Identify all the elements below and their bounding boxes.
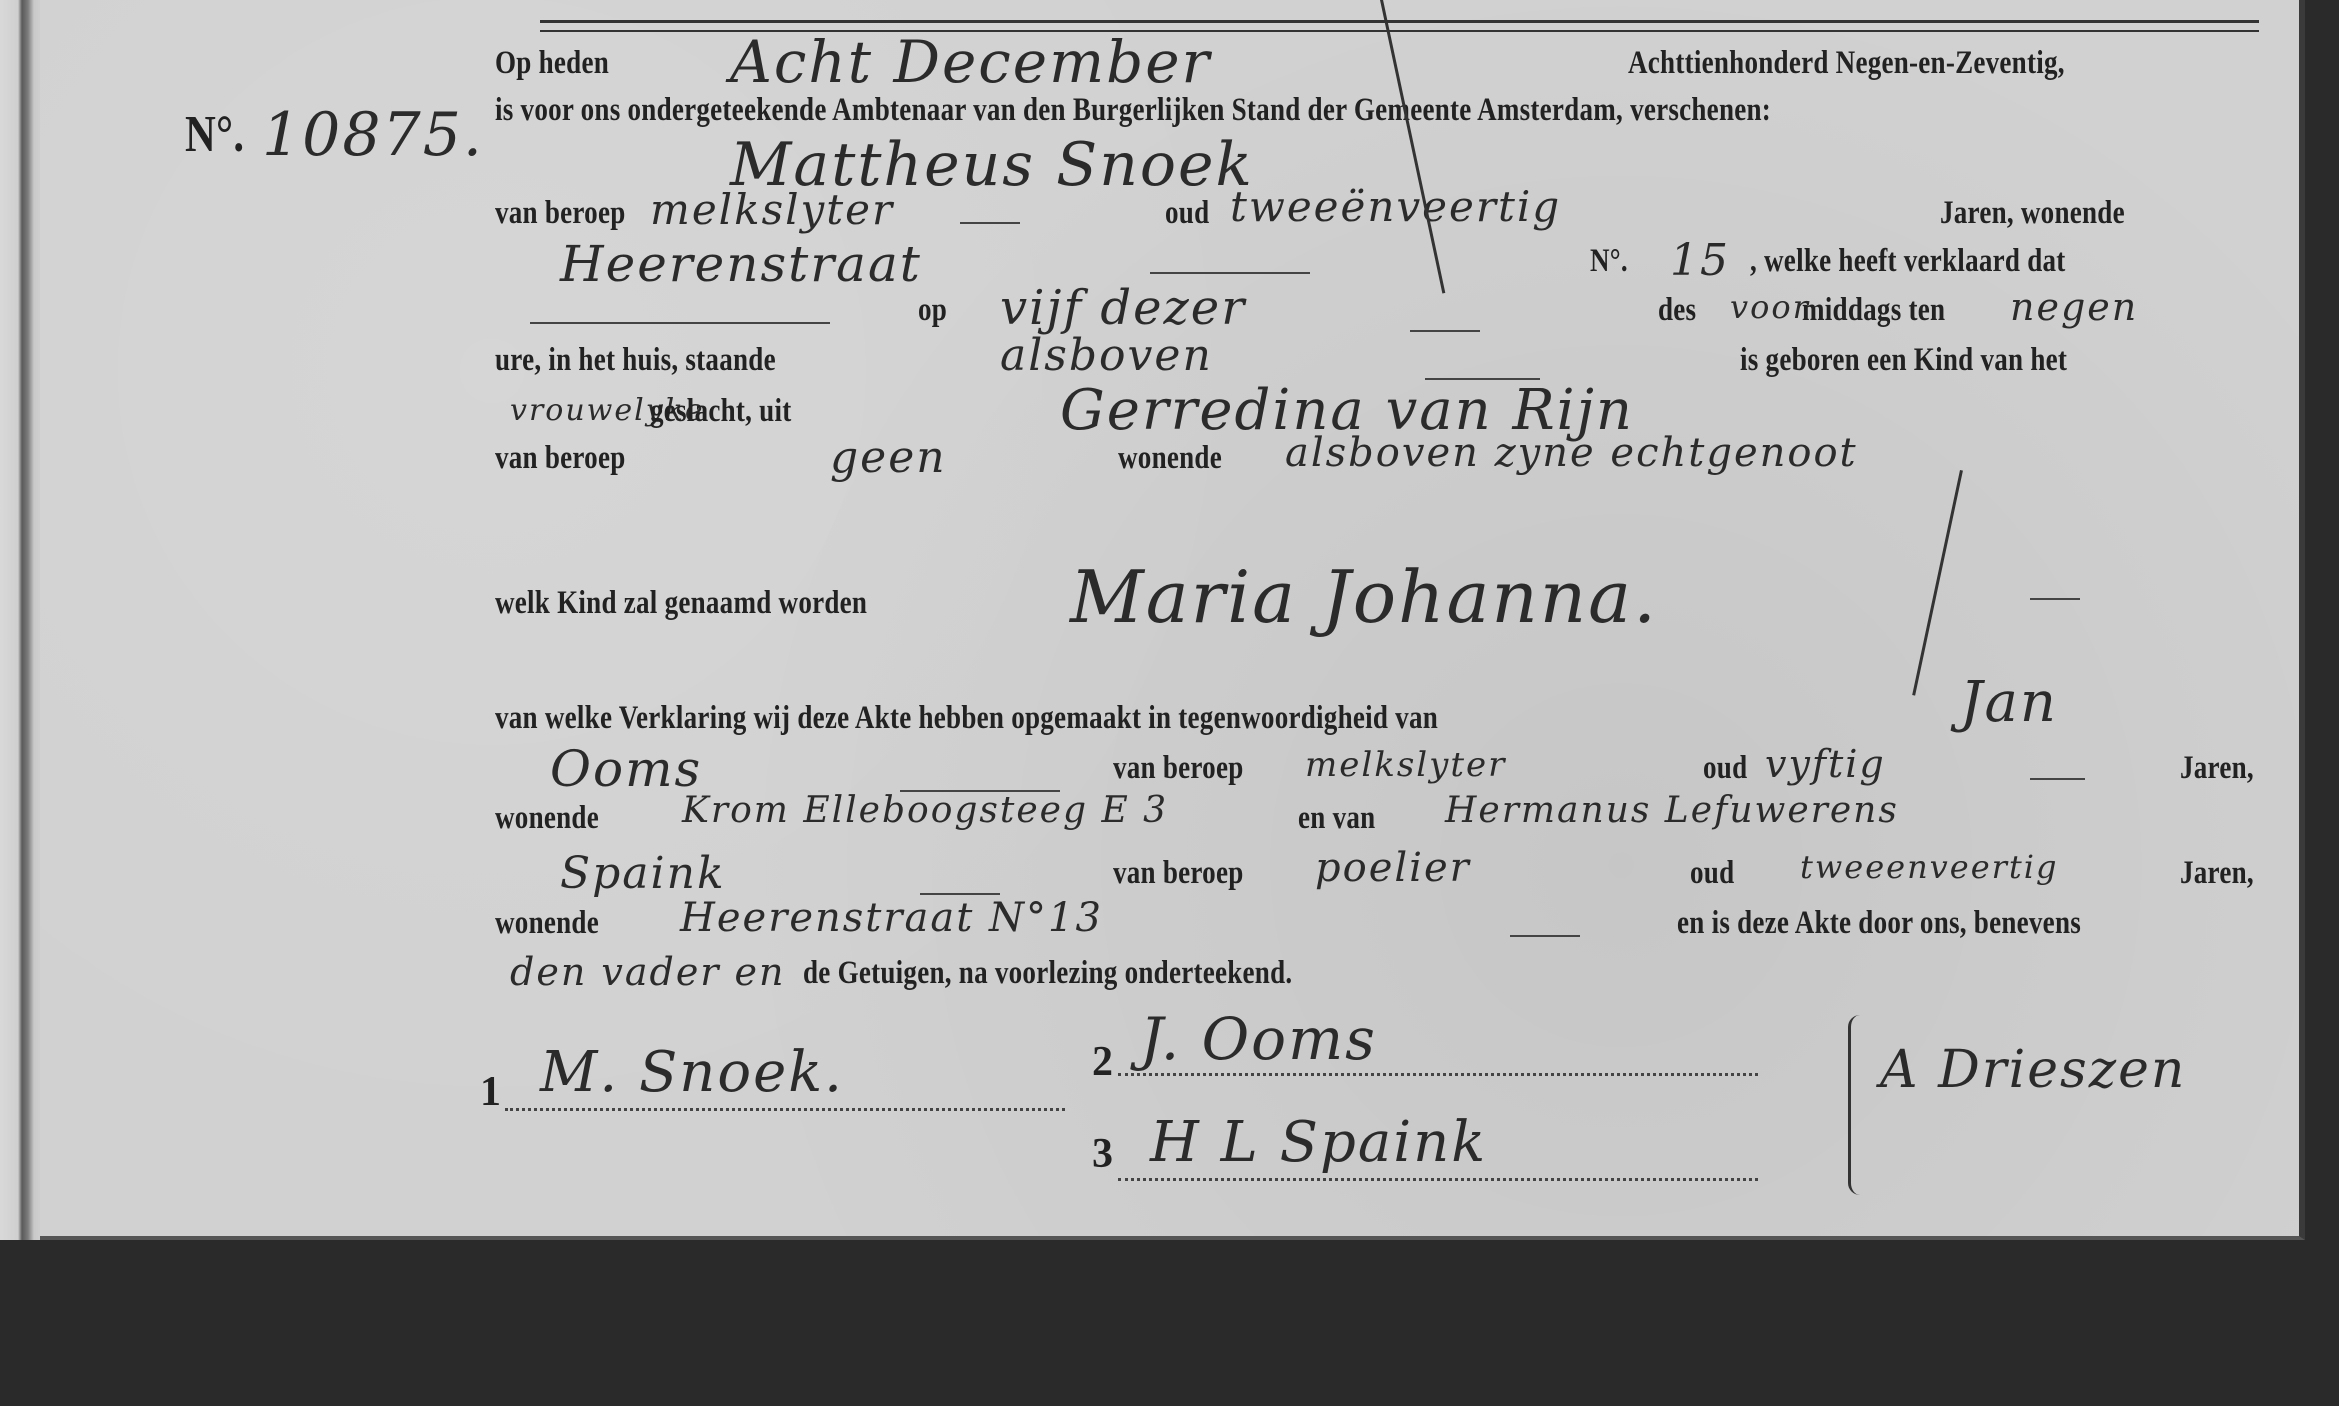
entry-witness2-age: tweeenveertig [1800,848,2059,886]
label-wonende-3: wonende [495,905,599,942]
label-jaren-1: Jaren, [2180,750,2254,787]
label-jaren-2: Jaren, [2180,855,2254,892]
signature-brace [1848,1015,1873,1195]
label-van-beroep-2: van beroep [495,440,626,477]
label-op-heden: Op heden [495,45,609,82]
label-des: des [1658,292,1696,329]
fill-line [1410,330,1480,332]
pen-stroke [1912,470,1963,696]
fill-line [1150,272,1310,274]
entry-witness2-residence: Heerenstraat N°13 [680,895,1103,941]
entry-date: Acht December [730,28,1211,96]
signature-father: M. Snoek. [540,1040,844,1105]
entry-witness2-first: Hermanus Lefuwerens [1445,790,1899,831]
label-ambtenaar: is voor ons ondergeteekende Ambtenaar va… [495,92,1771,129]
label-van-beroep-3: van beroep [1113,750,1244,787]
fill-line [2030,778,2085,780]
label-year: Achttienhonderd Negen-en-Zeventig, [1628,45,2065,82]
label-van-beroep-1: van beroep [495,195,626,232]
signature-official: A Drieszen [1880,1040,2186,1100]
entry-birth-hour: negen [2010,285,2138,329]
fill-line [2030,598,2080,600]
label-geboren: is geboren een Kind van het [1740,342,2067,379]
label-en-van: en van [1298,800,1375,837]
entry-mother-occupation: geen [830,432,947,483]
entry-declarant-house-no: 15 [1670,235,1730,286]
label-welke-heeft: , welke heeft verklaard dat [1750,243,2066,280]
entry-birth-place: alsboven [1000,330,1213,381]
label-oud-1: oud [1165,195,1209,232]
entry-time-prefix: voor [1730,288,1810,326]
label-no-1: N°. [1590,243,1628,280]
record-number-label: N°. [185,105,244,164]
label-getuigen: de Getuigen, na voorlezing onderteekend. [803,955,1292,992]
signature-number-2: 2 [1092,1038,1113,1086]
entry-witness1-residence: Krom Elleboogsteeg E 3 [682,790,1168,831]
label-geslacht-uit: geslacht, uit [650,393,792,430]
label-van-beroep-4: van beroep [1113,855,1244,892]
label-verklaring: van welke Verklaring wij deze Akte hebbe… [495,700,1438,737]
entry-declarant-occupation: melkslyter [650,185,894,234]
header-rule [540,20,2259,23]
label-middags-ten: middags ten [1802,292,1945,329]
label-op: op [918,292,947,329]
bleed-through-text [220,180,228,210]
entry-declarant-street: Heerenstraat [560,235,922,293]
label-oud-3: oud [1690,855,1734,892]
register-page: N°. 10875. Op heden Acht December Achtti… [40,0,2305,1240]
label-akte-door-ons: en is deze Akte door ons, benevens [1677,905,2081,942]
signature-witness-2: H L Spaink [1150,1110,1487,1175]
fill-line [960,222,1020,224]
entry-child-name: Maria Johanna. [1070,555,1658,639]
fill-line [1510,935,1580,937]
entry-witness1-age: vyftig [1765,742,1886,786]
entry-mother-residence: alsboven zyne echtgenoot [1285,430,1858,476]
signature-number-3: 3 [1092,1130,1113,1178]
signature-line-3 [1118,1178,1758,1181]
label-welk-kind: welk Kind zal genaamd worden [495,585,867,622]
signature-witness-1: J. Ooms [1140,1005,1377,1073]
fill-line [530,322,830,324]
book-binding-edge [0,0,40,1240]
entry-witness1-occupation: melkslyter [1305,745,1506,785]
label-wonende-2: wonende [495,800,599,837]
signature-line-1 [505,1108,1065,1111]
label-oud-2: oud [1703,750,1747,787]
label-ure-huis: ure, in het huis, staande [495,342,776,379]
signature-number-1: 1 [480,1068,501,1116]
record-number: 10875. [262,100,484,170]
entry-witness2-last: Spaink [560,848,726,899]
entry-father-clause: den vader en [510,950,786,994]
entry-declarant-age: tweeënveertig [1230,182,1561,231]
signature-line-2 [1118,1073,1758,1076]
entry-birth-day: vijf dezer [1000,280,1246,336]
entry-witness1-first: Jan [1960,670,2058,735]
label-wonende-1: wonende [1118,440,1222,477]
label-jaren-wonende: Jaren, wonende [1940,195,2125,232]
entry-witness2-occupation: poelier [1315,845,1471,891]
pen-stroke [1380,0,1445,293]
entry-witness1-last: Ooms [550,740,702,798]
